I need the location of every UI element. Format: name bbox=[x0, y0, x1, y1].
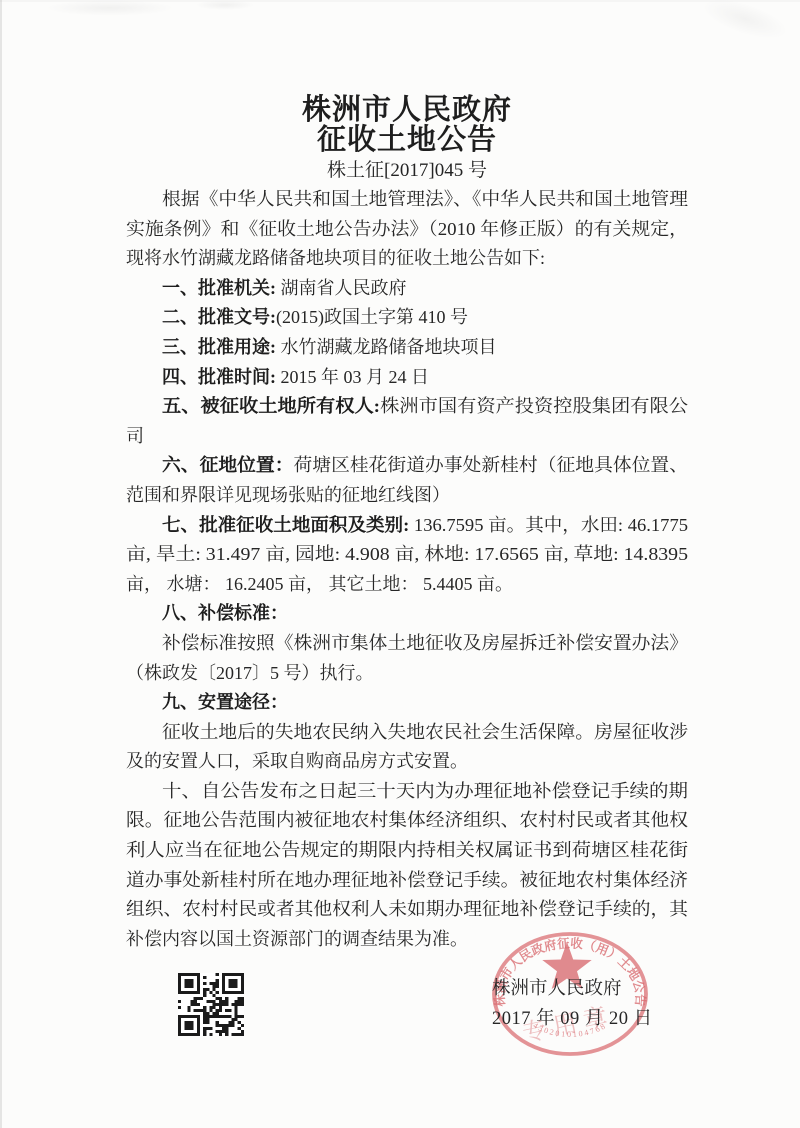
body-run-bold: 八、补偿标准： bbox=[162, 603, 288, 623]
signature-block: 株洲市人民政府 2017 年 09 月 20 日 bbox=[492, 975, 653, 1034]
scanned-document-page: 株洲市人民政府 征收土地公告 株土征[2017]045 号 根据《中华人民共和国… bbox=[0, 0, 800, 1128]
body-line: 五、被征收土地所有权人:株洲市国有资产投资控股集团有限公 bbox=[126, 392, 688, 422]
body-run: 根据《中华人民共和国土地管理法》、《中华人民共和国土地管理 bbox=[162, 189, 688, 209]
body-run: 征收土地后的失地农民纳入失地农民社会生活保障。房屋征收涉 bbox=[162, 722, 688, 742]
body-run: (2015)政国土字第 410 号 bbox=[276, 307, 468, 327]
body-run: 2015 年 03 月 24 日 bbox=[276, 367, 429, 387]
body-run: 道办事处新桂村所在地办理征地补偿登记手续。被征地农村集体经济 bbox=[126, 870, 688, 890]
scan-edge-artifact bbox=[0, 0, 2, 1128]
body-run: 补偿内容以国土资源部门的调查结果为准。 bbox=[126, 929, 468, 949]
body-line: 一、批准机关: 湖南省人民政府 bbox=[126, 274, 688, 304]
body-line: 亩, 旱土: 31.497 亩, 园地: 4.908 亩, 林地: 17.656… bbox=[126, 540, 688, 570]
body-line: 及的安置人口，采取自购商品房方式安置。 bbox=[126, 747, 688, 777]
body-run-bold: 二、批准文号: bbox=[162, 307, 276, 327]
body-line: 七、批准征收土地面积及类别: 136.7595 亩。其中，水田: 46.1775 bbox=[126, 511, 688, 541]
qr-code-image bbox=[178, 973, 244, 1036]
signature-issuer: 株洲市人民政府 bbox=[492, 975, 653, 1005]
body-run: 亩， 水塘： 16.2405 亩， 其它土地： 5.4405 亩。 bbox=[126, 574, 513, 594]
body-line: 三、批准用途: 水竹湖藏龙路储备地块项目 bbox=[126, 333, 688, 363]
scan-edge-artifact bbox=[0, 0, 800, 2]
body-line: 实施条例》和《征收土地公告办法》（2010 年修正版）的有关规定， bbox=[126, 215, 688, 245]
document-body: 根据《中华人民共和国土地管理法》、《中华人民共和国土地管理实施条例》和《征收土地… bbox=[126, 185, 688, 954]
body-line: 六、征地位置：荷塘区桂花街道办事处新桂村（征地具体位置、 bbox=[126, 451, 688, 481]
body-line: 征收土地后的失地农民纳入失地农民社会生活保障。房屋征收涉 bbox=[126, 718, 688, 748]
body-line: 根据《中华人民共和国土地管理法》、《中华人民共和国土地管理 bbox=[126, 185, 688, 215]
body-run: 荷塘区桂花街道办事处新桂村（征地具体位置、 bbox=[294, 455, 689, 475]
body-run-bold: 三、批准用途: bbox=[162, 337, 276, 357]
body-run: 株洲市国有资产投资控股集团有限公 bbox=[380, 396, 688, 416]
body-line: 利人应当在征地公告规定的期限内持相关权属证书到荷塘区桂花街 bbox=[126, 836, 688, 866]
document-content: 株洲市人民政府 征收土地公告 株土征[2017]045 号 根据《中华人民共和国… bbox=[126, 95, 688, 954]
body-run: 水竹湖藏龙路储备地块项目 bbox=[276, 337, 497, 357]
body-run-bold: 六、征地位置： bbox=[162, 455, 294, 475]
scan-artifact bbox=[698, 0, 793, 47]
body-run: 十、自公告发布之日起三十天内为办理征地补偿登记手续的期 bbox=[162, 781, 688, 801]
body-run: 范围和界限详见现场张贴的征地红线图） bbox=[126, 485, 450, 505]
body-run: 利人应当在征地公告规定的期限内持相关权属证书到荷塘区桂花街 bbox=[126, 840, 688, 860]
body-line: 九、安置途径： bbox=[126, 688, 688, 718]
signature-date: 2017 年 09 月 20 日 bbox=[492, 1005, 653, 1035]
body-run: 实施条例》和《征收土地公告办法》（2010 年修正版）的有关规定， bbox=[126, 219, 688, 239]
body-run-bold: 七、批准征收土地面积及类别: bbox=[162, 515, 409, 535]
document-number: 株土征[2017]045 号 bbox=[126, 159, 688, 183]
body-run: 及的安置人口，采取自购商品房方式安置。 bbox=[126, 751, 468, 771]
body-run-bold: 九、安置途径： bbox=[162, 692, 288, 712]
body-run: 现将水竹湖藏龙路储备地块项目的征收土地公告如下: bbox=[126, 248, 545, 268]
body-line: （株政发〔2017〕5 号）执行。 bbox=[126, 659, 688, 689]
body-line: 司 bbox=[126, 422, 688, 452]
body-line: 范围和界限详见现场张贴的征地红线图） bbox=[126, 481, 688, 511]
body-run: 司 bbox=[126, 426, 144, 446]
body-line: 四、批准时间: 2015 年 03 月 24 日 bbox=[126, 363, 688, 393]
body-run: 补偿标准按照《株洲市集体土地征收及房屋拆迁补偿安置办法》 bbox=[162, 633, 688, 653]
document-title-subject: 征收土地公告 bbox=[126, 125, 688, 155]
body-run: 湖南省人民政府 bbox=[276, 278, 407, 298]
body-line: 限。征地公告范围内被征地农村集体经济组织、农村村民或者其他权 bbox=[126, 806, 688, 836]
body-line: 补偿标准按照《株洲市集体土地征收及房屋拆迁补偿安置办法》 bbox=[126, 629, 688, 659]
document-title-issuer: 株洲市人民政府 bbox=[126, 95, 688, 125]
body-run: 组织、农村村民或者其他权利人未如期办理征地补偿登记手续的，其 bbox=[126, 899, 688, 919]
qr-code bbox=[178, 973, 244, 1036]
body-line: 二、批准文号:(2015)政国土字第 410 号 bbox=[126, 303, 688, 333]
body-run-bold: 四、批准时间: bbox=[162, 367, 276, 387]
body-run: 限。征地公告范围内被征地农村集体经济组织、农村村民或者其他权 bbox=[126, 810, 688, 830]
body-line: 道办事处新桂村所在地办理征地补偿登记手续。被征地农村集体经济 bbox=[126, 866, 688, 896]
body-run: （株政发〔2017〕5 号）执行。 bbox=[126, 663, 374, 683]
body-run: 136.7595 亩。其中，水田: 46.1775 bbox=[409, 515, 688, 535]
body-run-bold: 一、批准机关: bbox=[162, 278, 276, 298]
body-line: 亩， 水塘： 16.2405 亩， 其它土地： 5.4405 亩。 bbox=[126, 570, 688, 600]
body-line: 十、自公告发布之日起三十天内为办理征地补偿登记手续的期 bbox=[126, 777, 688, 807]
body-line: 组织、农村村民或者其他权利人未如期办理征地补偿登记手续的，其 bbox=[126, 895, 688, 925]
body-line: 现将水竹湖藏龙路储备地块项目的征收土地公告如下: bbox=[126, 244, 688, 274]
body-run: 亩, 旱土: 31.497 亩, 园地: 4.908 亩, 林地: 17.656… bbox=[126, 544, 688, 564]
body-run-bold: 五、被征收土地所有权人: bbox=[162, 396, 380, 416]
body-line: 八、补偿标准： bbox=[126, 599, 688, 629]
scan-artifact bbox=[45, 0, 175, 16]
